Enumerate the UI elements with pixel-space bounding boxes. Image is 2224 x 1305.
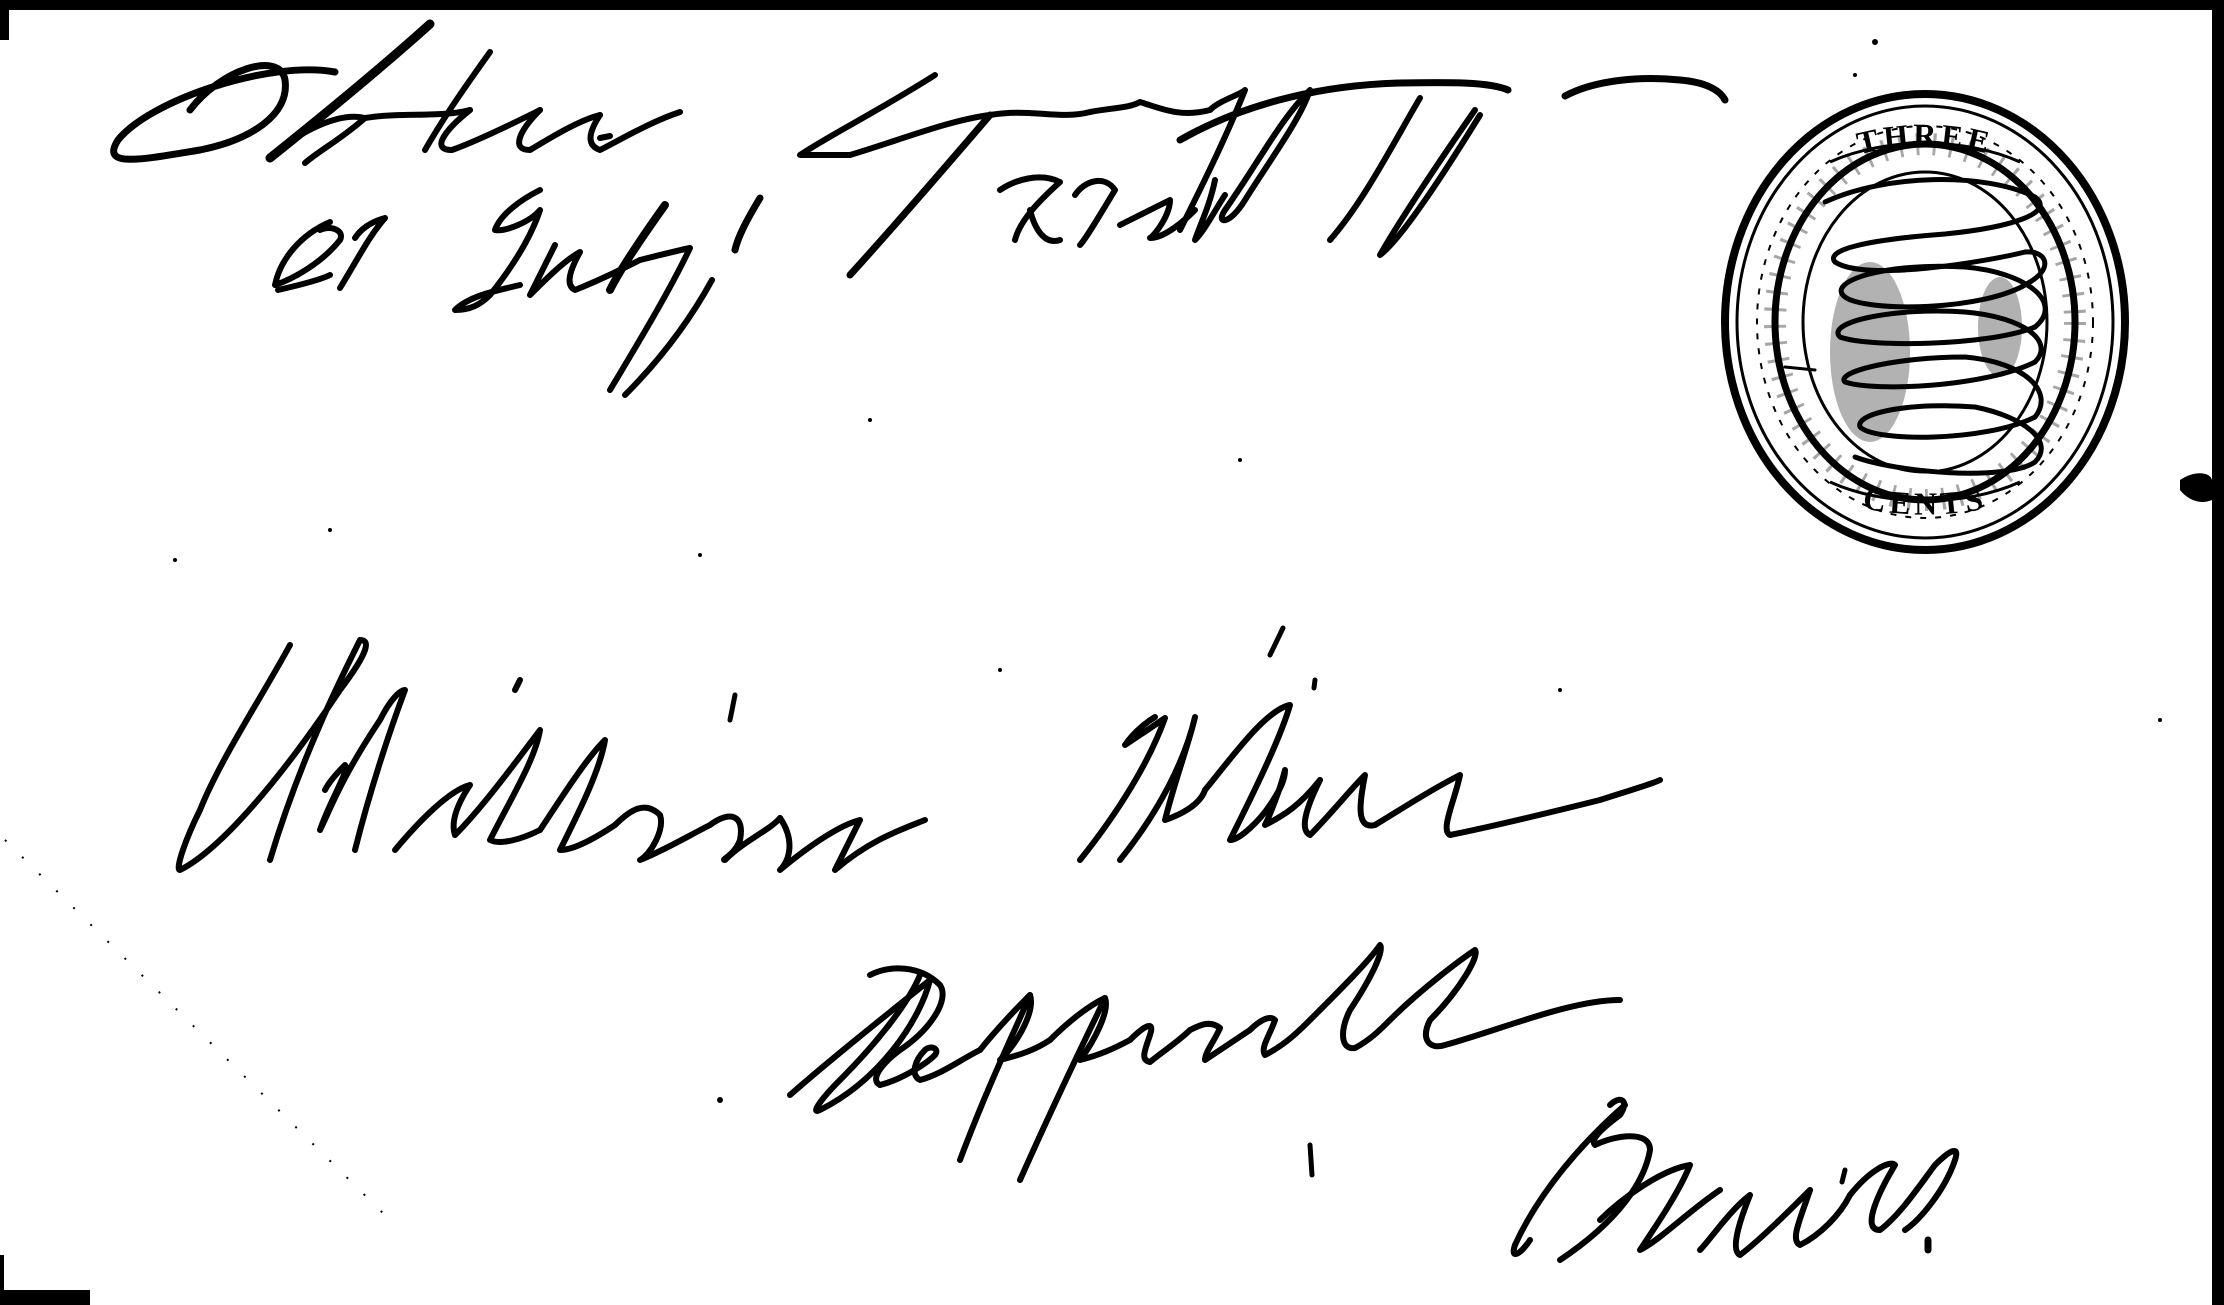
flap-fold-line — [5, 840, 395, 1225]
stamp-frame — [1725, 94, 2125, 550]
docket-line-1: Chelmsford Agency — [0, 0, 1725, 275]
paper-specks — [173, 39, 2162, 1305]
stamp-portrait — [1830, 262, 2022, 442]
address-state-text: Mass. — [0, 0, 38, 4]
stamp: THREE CENTS — [1725, 94, 2125, 550]
ink-blot — [2180, 473, 2212, 502]
address-state: Mass. — [0, 0, 1956, 1260]
stamp-bottom-text: CENTS — [1861, 480, 1989, 522]
stamp-top-text: THREE — [1853, 117, 1996, 161]
docket-line-2: 27 July 1862 — [0, 0, 1225, 395]
